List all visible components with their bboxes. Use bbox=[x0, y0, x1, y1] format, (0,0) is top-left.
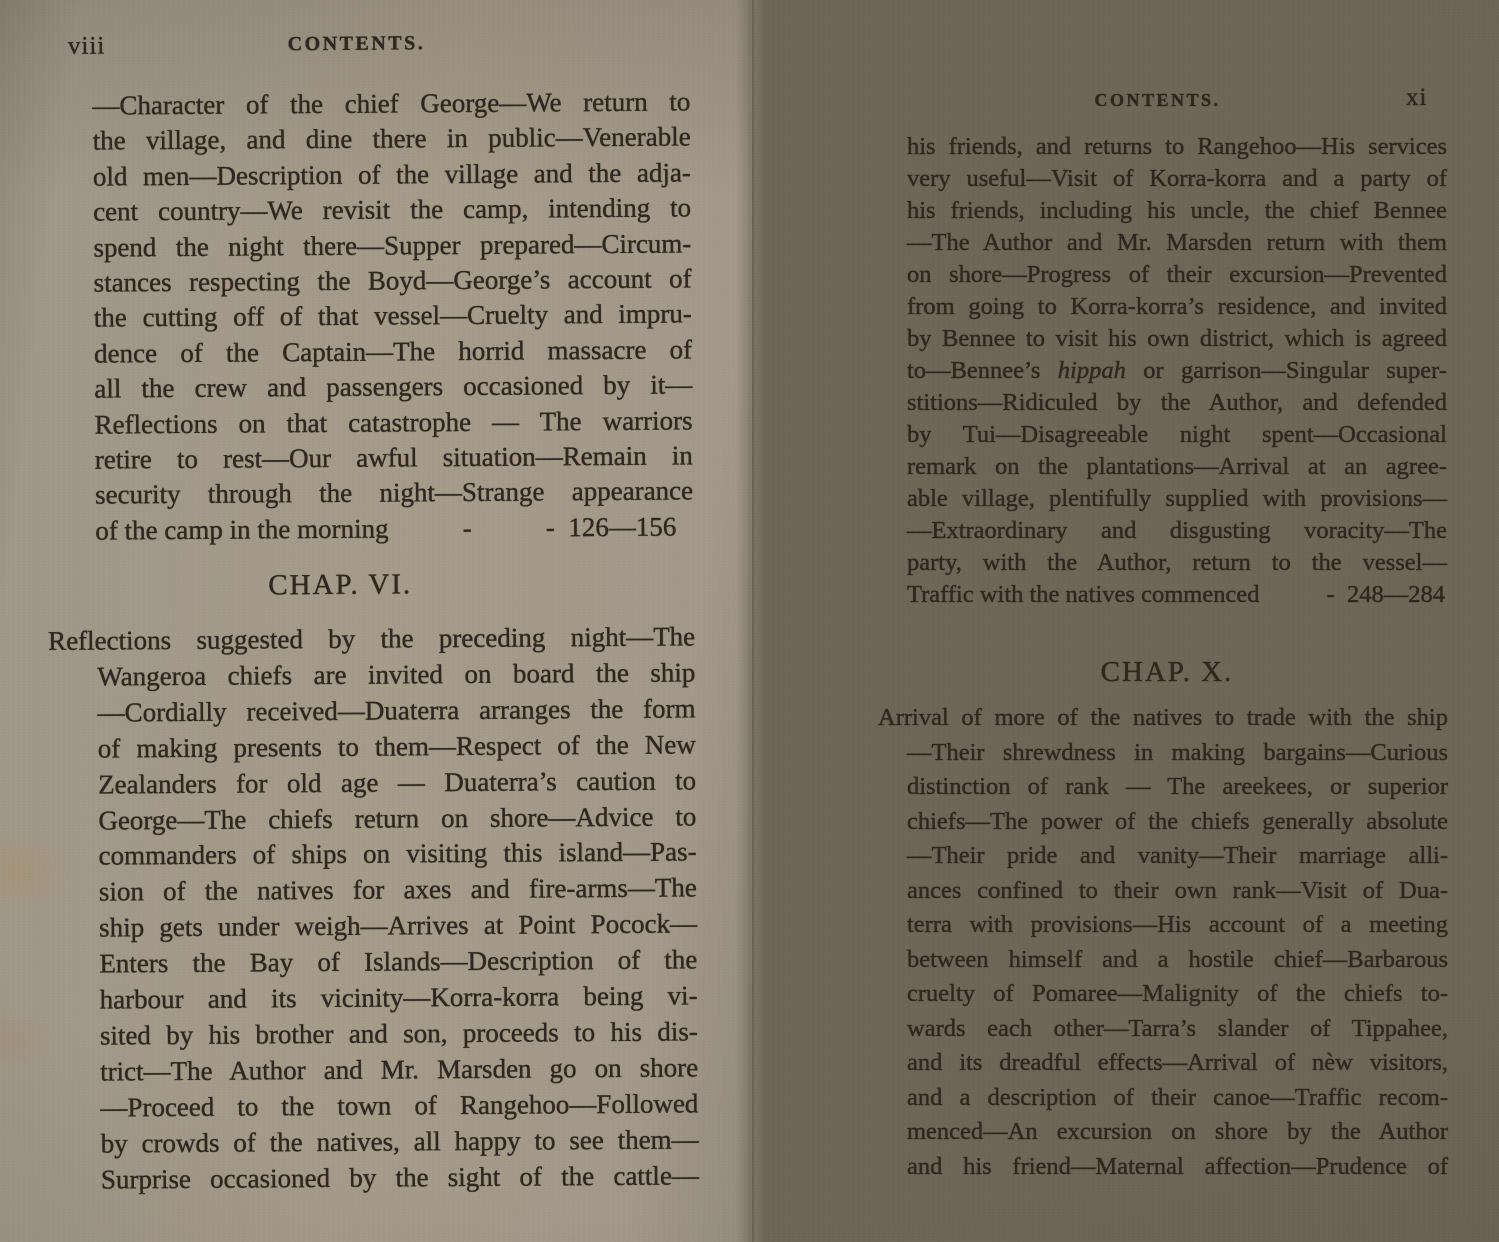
toc-line: and his friend—Maternal affection—Pruden… bbox=[907, 1150, 1448, 1185]
toc-line: —Extraordinary and disgusting voracity—T… bbox=[907, 515, 1447, 547]
toc-line: his friends, and returns to Rangehoo—His… bbox=[907, 131, 1447, 163]
toc-line: —The Author and Mr. Marsden return with … bbox=[907, 227, 1447, 259]
toc-line: stitions—Ridiculed by the Author, and de… bbox=[907, 387, 1447, 419]
pageline-page-range: - 248—284 bbox=[1327, 579, 1445, 611]
right-entry-pagerange-line: Traffic with the natives commenced - 248… bbox=[907, 579, 1447, 611]
toc-line: —Their pride and vanity—Their marriage a… bbox=[907, 839, 1448, 874]
text-segment: to—Bennee’s bbox=[907, 357, 1058, 384]
right-entry-continuation: his friends, and returns to Rangehoo—His… bbox=[907, 131, 1447, 611]
toc-line: party, with the Author, return to the ve… bbox=[907, 547, 1447, 579]
right-page: CONTENTS. xi his friends, and returns to… bbox=[0, 0, 1499, 1242]
toc-line: by Tui—Disagreeable night spent—Occasion… bbox=[907, 419, 1447, 451]
right-entry-continuation-lines: his friends, and returns to Rangehoo—His… bbox=[907, 131, 1447, 579]
toc-line: by Bennee to visit his own district, whi… bbox=[907, 323, 1447, 355]
toc-line: wards each other—Tarra’s slander of Tipp… bbox=[907, 1012, 1448, 1047]
right-chapter-heading: CHAP. X. bbox=[878, 656, 1456, 689]
toc-line: chiefs—The power of the chiefs generally… bbox=[907, 805, 1448, 840]
toc-line: Arrival of more of the natives to trade … bbox=[878, 701, 1448, 736]
toc-line: —Their shrewdness in making bargains—Cur… bbox=[907, 736, 1448, 771]
toc-line: to—Bennee’s hippah or garrison—Singular … bbox=[907, 355, 1447, 387]
toc-line: and its dreadful effects—Arrival of nèw … bbox=[907, 1046, 1448, 1081]
right-page-number: xi bbox=[1406, 84, 1427, 112]
pageline-text: Traffic with the natives commenced bbox=[907, 579, 1259, 611]
toc-line: cruelty of Pomaree—Malignity of the chie… bbox=[907, 977, 1448, 1012]
right-chapter-entry: Arrival of more of the natives to trade … bbox=[878, 701, 1448, 1184]
toc-line: his friends, including his uncle, the ch… bbox=[907, 195, 1447, 227]
toc-line: menced—An excursion on shore by the Auth… bbox=[907, 1115, 1448, 1150]
right-running-title: CONTENTS. bbox=[905, 90, 1410, 111]
text-segment: or garrison—Singular super- bbox=[1126, 357, 1447, 384]
italic-term: hippah bbox=[1058, 357, 1126, 384]
toc-line: remark on the plantations—Arrival at an … bbox=[907, 451, 1447, 483]
toc-line: from going to Korra-korra’s residence, a… bbox=[907, 291, 1447, 323]
toc-line: and a description of their canoe—Traffic… bbox=[907, 1081, 1448, 1116]
toc-line: able village, plentifully supplied with … bbox=[907, 483, 1447, 515]
toc-line: between himself and a hostile chief—Barb… bbox=[907, 943, 1448, 978]
toc-line: ances confined to their own rank—Visit o… bbox=[907, 874, 1448, 909]
toc-line: distinction of rank — The areekees, or s… bbox=[907, 770, 1448, 805]
toc-line: very useful—Visit of Korra-korra and a p… bbox=[907, 163, 1447, 195]
toc-line: on shore—Progress of their excursion—Pre… bbox=[907, 259, 1447, 291]
book-photo: viii CONTENTS. —Character of the chief G… bbox=[0, 0, 1499, 1242]
toc-line: terra with provisions—His account of a m… bbox=[907, 908, 1448, 943]
